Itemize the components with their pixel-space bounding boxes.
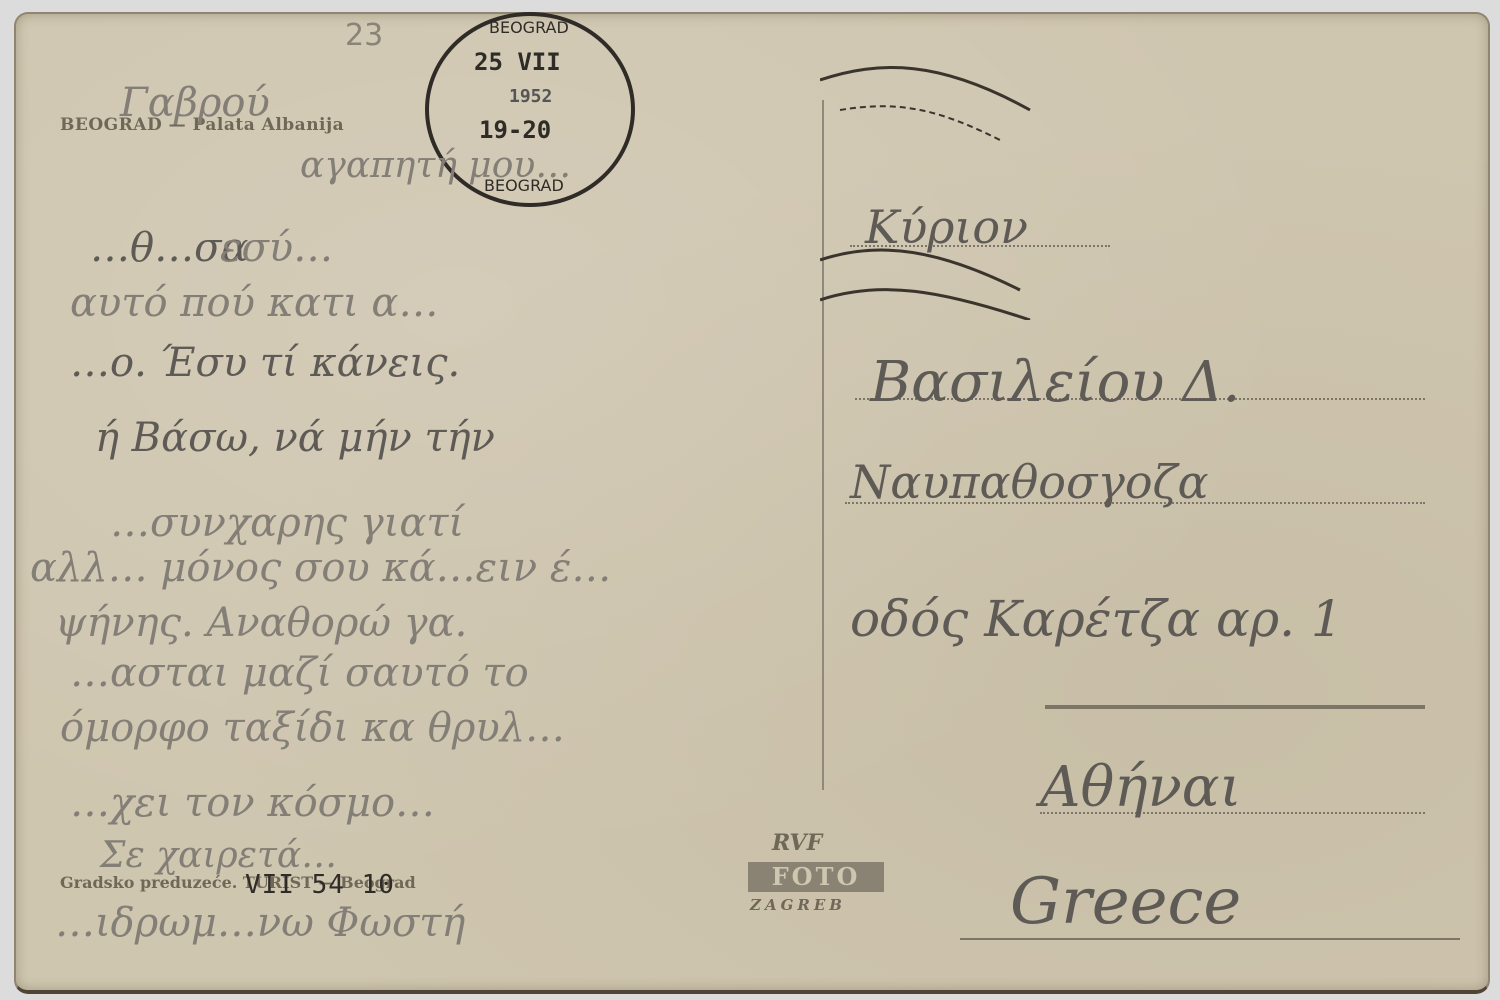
printer-logo-city: ZAGREB: [750, 896, 846, 914]
message-line: ψήνης. Αναθορώ γα.: [55, 600, 467, 646]
address-line2: Ναυπαθοσγοζα: [850, 455, 1209, 509]
address-country: Greece: [1010, 865, 1241, 939]
message-line: ή Βάσω, νά μήν τήν: [95, 415, 495, 461]
message-line: …συνχαρης γιατί: [110, 500, 464, 546]
message-line: …ο. Έσυ τί κάνεις.: [70, 340, 460, 386]
message-line: εσύ…: [220, 225, 333, 271]
secondary-date-stamp: VII 54 10: [245, 870, 395, 900]
printer-logo-box: FOTO: [748, 862, 884, 892]
printer-logo-top: RVF: [772, 830, 822, 856]
message-line: Γαβρού: [120, 80, 270, 126]
address-line: [1045, 705, 1425, 709]
message-signature: …ιδρωμ…νω Φωστή: [55, 900, 465, 946]
address-street: οδός Καρέτζα αρ. 1: [850, 590, 1343, 648]
message-line: …χει τον κόσμο…: [70, 780, 435, 826]
address-name: Βασιλείου Δ.: [870, 350, 1240, 415]
address-city: Αθήναι: [1040, 755, 1242, 820]
postmark-date: 25 VII: [474, 48, 561, 76]
postmark-year: 1952: [509, 86, 552, 107]
pencil-number: 23: [345, 18, 383, 53]
message-line: …ασται μαζί σαυτό το: [70, 650, 529, 696]
message-line: αυτό πού κατι α…: [70, 280, 438, 326]
message-line: αγαπητή μου…: [300, 145, 571, 186]
message-line: όμορφο ταξίδι κα θρυλ…: [60, 705, 565, 751]
wavy-cancel-lines-icon: [820, 60, 1040, 320]
message-line: αλλ… μόνος σου κά…ειν έ…: [30, 545, 611, 591]
postmark-time: 19-20: [479, 116, 551, 144]
postmark-ring-top: BEOGRAD: [489, 18, 569, 37]
address-salutation: Κύριον: [865, 200, 1028, 254]
